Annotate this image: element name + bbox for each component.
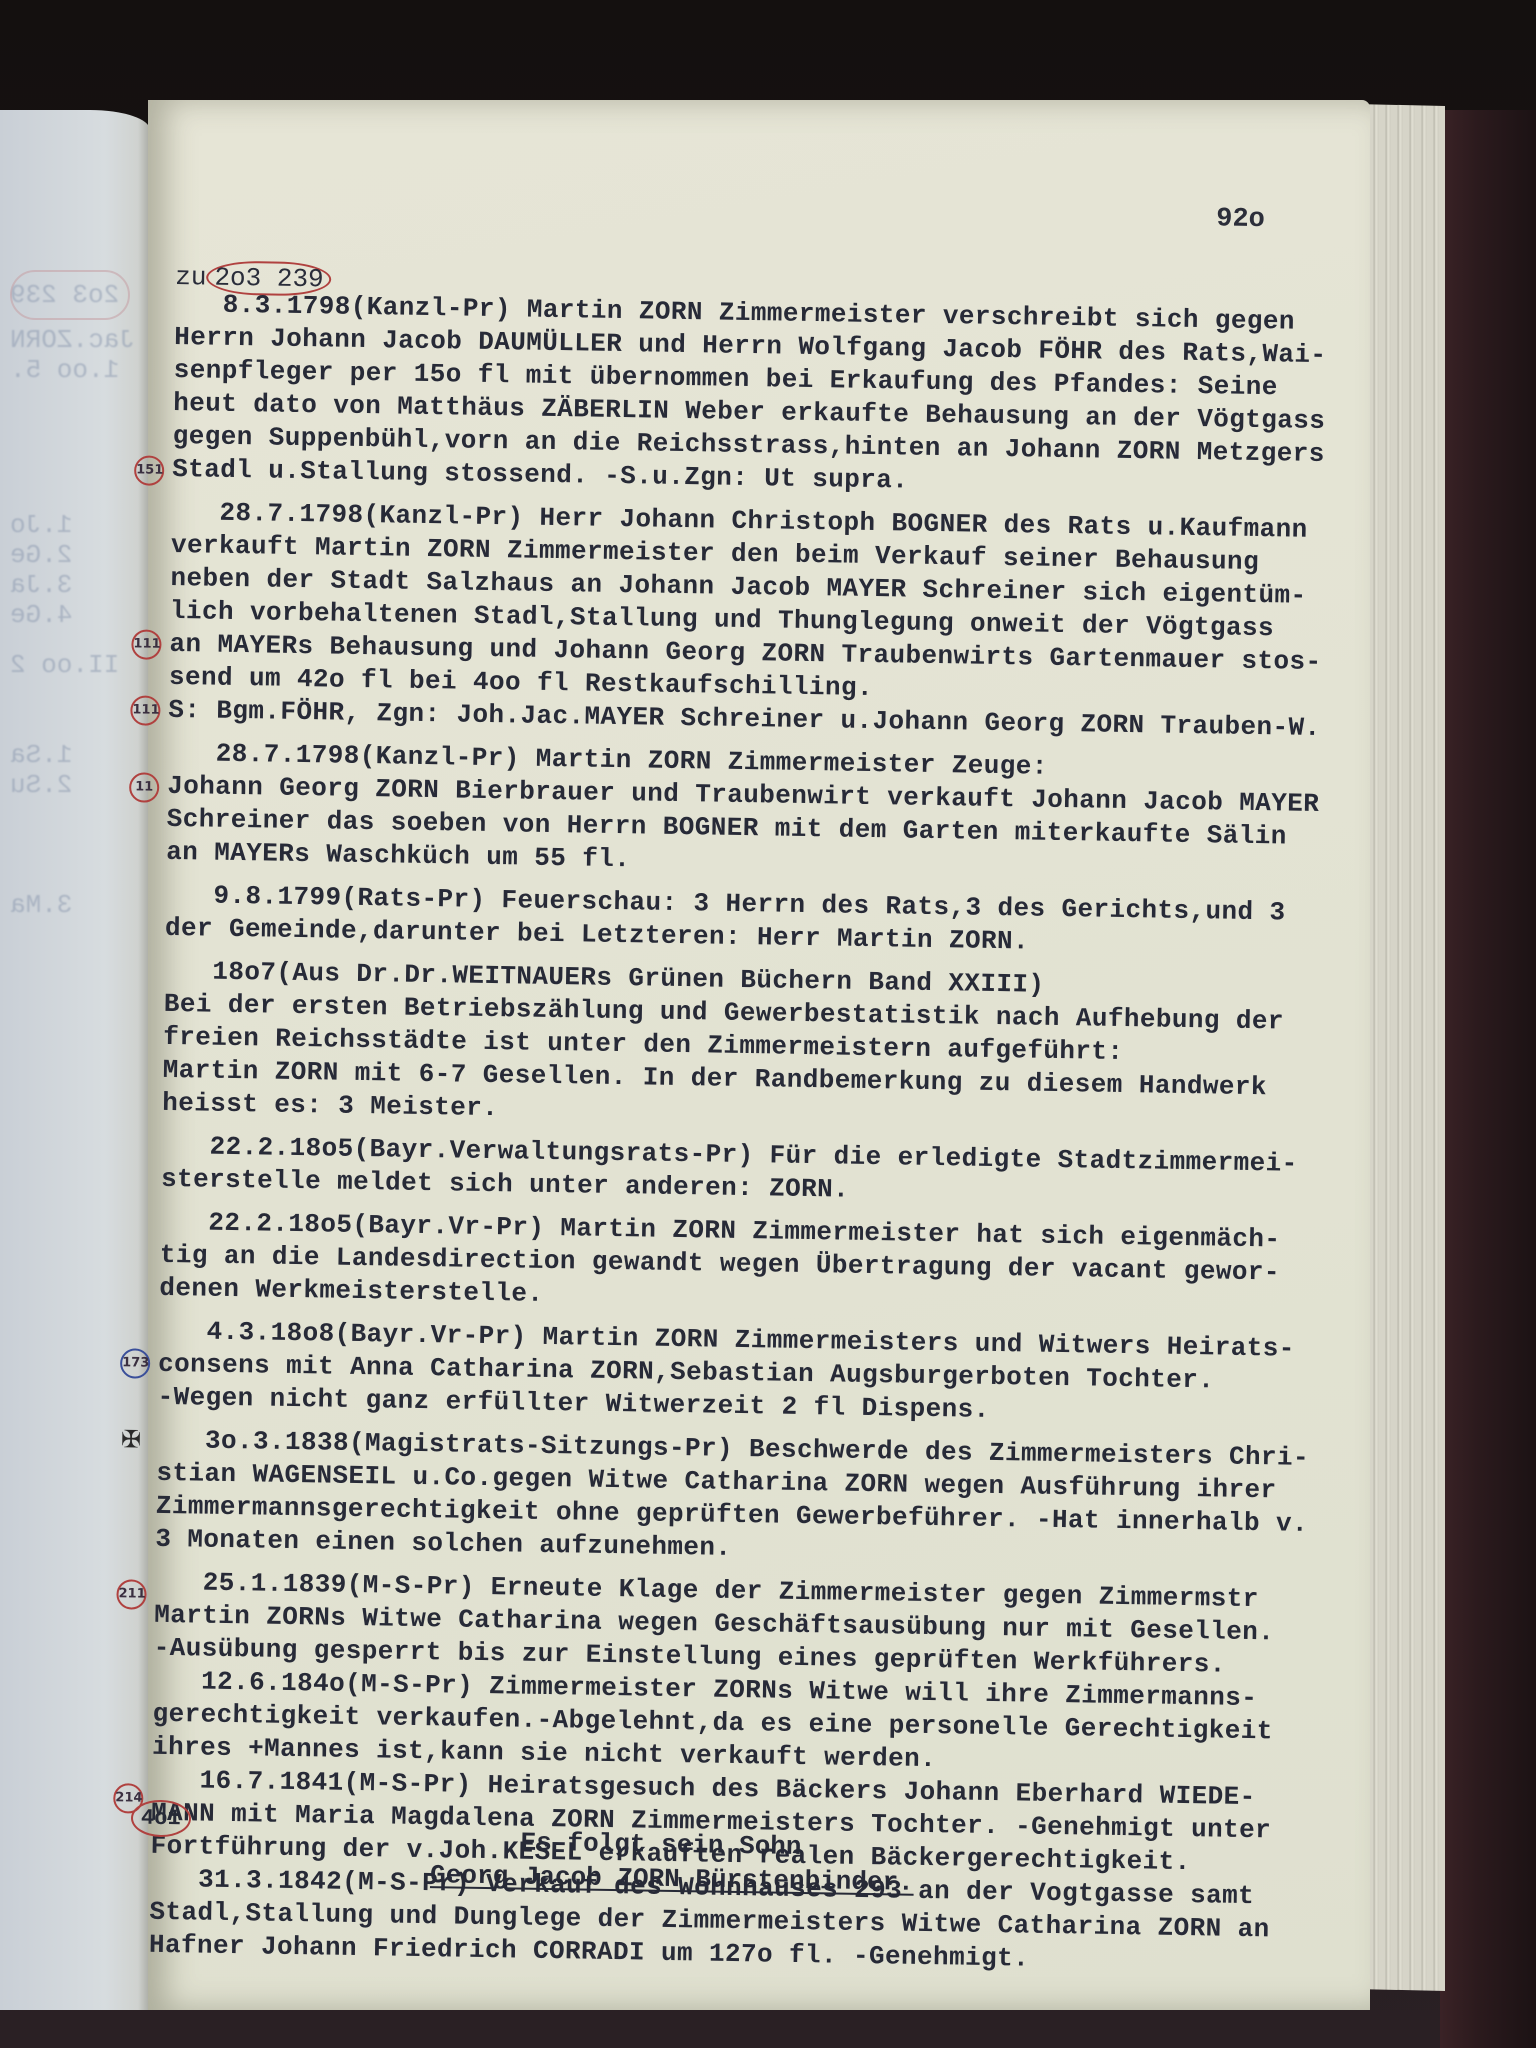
ghost-line: 4.Ge (0, 600, 150, 630)
entry-1805-02-22-a: 22.2.18o5(Bayr.Verwaltungsrats-Pr) Für d… (161, 1130, 1322, 1214)
entry-1805-02-22-b: 22.2.18o5(Bayr.Vr-Pr) Martin ZORN Zimmer… (159, 1206, 1320, 1323)
entry-1798-03-08: 8.3.1798(Kanzl-Pr) Martin ZORN Zimmermei… (172, 288, 1335, 504)
ghost-line: 2.Ge (0, 540, 150, 570)
entry-1798-07-28-a: 28.7.1798(Kanzl-Pr) Herr Johann Christop… (168, 496, 1331, 745)
entry-1799-08-09: 9.8.1799(Rats-Pr) Feuerschau: 3 Herrn de… (165, 879, 1326, 963)
ghost-line: 1.Sa (0, 740, 150, 770)
ghost-line: 3.Ja (0, 570, 150, 600)
ghost-line: 1.oo 5. (0, 355, 150, 385)
left-facing-page: 2o3 239 Jac.ZORN 1.oo 5. 1.Jo 2.Ge 3.Ja … (0, 110, 150, 2010)
margin-annotation: 111 (130, 695, 160, 725)
margin-annotation: 111 (131, 629, 161, 659)
document-page: 92o zu2o3 239 8.3.1798(Kanzl-Pr) Martin … (148, 100, 1370, 2010)
entry-1807: 18o7(Aus Dr.Dr.WEITNAUERs Grünen Büchern… (162, 955, 1324, 1138)
ghost-line: Jac.ZORN (0, 325, 150, 355)
entry-1841-07-16: 16.7.1841(M-S-Pr) Heiratsgesuch des Bäck… (150, 1764, 1311, 1881)
margin-annotation: 11 (129, 772, 159, 802)
entry-1839-01-25: 25.1.1839(M-S-Pr) Erneute Klage der Zimm… (153, 1566, 1314, 1683)
book-cover-cloth (1440, 110, 1536, 2048)
entry-1808-03-04: 4.3.18o8(Bayr.Vr-Pr) Martin ZORN Zimmerm… (157, 1315, 1318, 1432)
death-cross-icon: ✠ (121, 1423, 142, 1456)
ghost-line: 2o3 239 (0, 280, 150, 310)
ghost-line: II.oo 2 (0, 650, 150, 680)
margin-annotation: 151 (134, 455, 164, 485)
follow-note: Es folgt sein Sohn (520, 1828, 801, 1862)
circled-reference: 4o1 (131, 1799, 191, 1837)
page-number: 92o (1216, 204, 1265, 235)
photo-background: 2o3 239 Jac.ZORN 1.oo 5. 1.Jo 2.Ge 3.Ja … (0, 0, 1536, 2048)
ghost-line: 1.Jo (0, 510, 150, 540)
entries-list: 8.3.1798(Kanzl-Pr) Martin ZORN Zimmermei… (149, 288, 1335, 1980)
entry-1840-06-12: 12.6.184o(M-S-Pr) Zimmermeister ZORNs Wi… (152, 1665, 1313, 1782)
ghost-line: 3.Ma (0, 890, 150, 920)
entry-1798-07-28-b: 28.7.1798(Kanzl-Pr) Martin ZORN Zimmerme… (166, 737, 1328, 887)
ghost-line: 2.Su (0, 770, 150, 800)
entry-1838-03-30: 3o.3.1838(Magistrats-Sitzungs-Pr) Beschw… (155, 1424, 1317, 1574)
